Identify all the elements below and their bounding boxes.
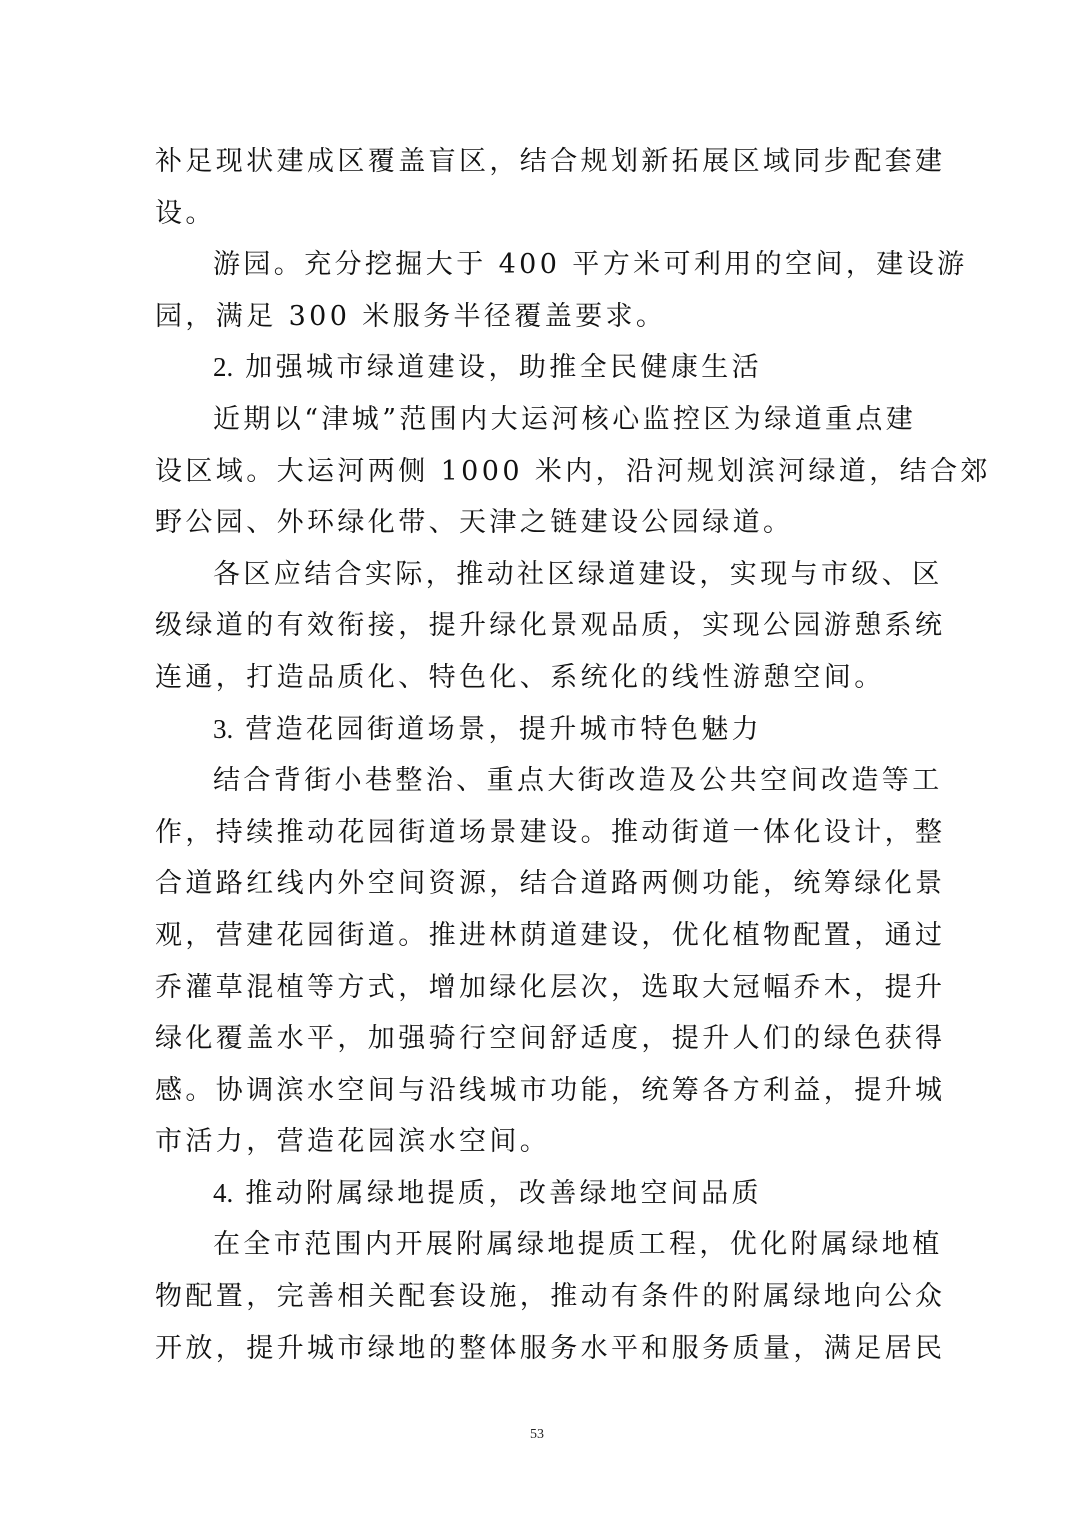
page-number: 53	[0, 1427, 1074, 1443]
heading-text: 加强城市绿道建设，助推全民健康生活	[245, 352, 762, 383]
paragraph-line: 感。协调滨水空间与沿线城市功能，统筹各方利益，提升城	[155, 1065, 935, 1117]
paragraph-line: 市活力，营造花园滨水空间。	[155, 1116, 935, 1168]
heading-number: 2.	[213, 352, 233, 382]
heading-text: 推动附属绿地提质，改善绿地空间品质	[245, 1178, 762, 1209]
heading-number: 4.	[213, 1178, 233, 1208]
document-page: 补足现状建成区覆盖盲区，结合规划新拓展区域同步配套建 设。 游园。充分挖掘大于 …	[155, 136, 935, 1374]
paragraph-line: 物配置，完善相关配套设施，推动有条件的附属绿地向公众	[155, 1271, 935, 1323]
paragraph-line: 开放，提升城市绿地的整体服务水平和服务质量，满足居民	[155, 1323, 935, 1375]
paragraph-line: 游园。充分挖掘大于 400 平方米可利用的空间，建设游	[155, 239, 935, 291]
section-heading-2: 2.加强城市绿道建设，助推全民健康生活	[155, 342, 935, 394]
heading-text: 营造花园街道场景，提升城市特色魅力	[245, 714, 762, 745]
paragraph-line: 作，持续推动花园街道场景建设。推动街道一体化设计，整	[155, 807, 935, 859]
paragraph-line: 连通，打造品质化、特色化、系统化的线性游憩空间。	[155, 652, 935, 704]
paragraph-line: 设。	[155, 188, 935, 240]
heading-number: 3.	[213, 714, 233, 744]
paragraph-line: 乔灌草混植等方式，增加绿化层次，选取大冠幅乔木，提升	[155, 962, 935, 1014]
paragraph-line: 观，营建花园街道。推进林荫道建设，优化植物配置，通过	[155, 910, 935, 962]
section-heading-3: 3.营造花园街道场景，提升城市特色魅力	[155, 704, 935, 756]
paragraph-line: 设区域。大运河两侧 1000 米内，沿河规划滨河绿道，结合郊	[155, 446, 935, 498]
paragraph-line: 合道路红线内外空间资源，结合道路两侧功能，统筹绿化景	[155, 858, 935, 910]
paragraph-line: 近期以“津城”范围内大运河核心监控区为绿道重点建	[155, 394, 935, 446]
paragraph-line: 园，满足 300 米服务半径覆盖要求。	[155, 291, 935, 343]
paragraph-line: 在全市范围内开展附属绿地提质工程，优化附属绿地植	[155, 1219, 935, 1271]
paragraph-line: 级绿道的有效衔接，提升绿化景观品质，实现公园游憩系统	[155, 600, 935, 652]
paragraph-line: 野公园、外环绿化带、天津之链建设公园绿道。	[155, 497, 935, 549]
paragraph-line: 结合背街小巷整治、重点大街改造及公共空间改造等工	[155, 755, 935, 807]
paragraph-line: 绿化覆盖水平，加强骑行空间舒适度，提升人们的绿色获得	[155, 1013, 935, 1065]
paragraph-line: 补足现状建成区覆盖盲区，结合规划新拓展区域同步配套建	[155, 136, 935, 188]
section-heading-4: 4.推动附属绿地提质，改善绿地空间品质	[155, 1168, 935, 1220]
paragraph-line: 各区应结合实际，推动社区绿道建设，实现与市级、区	[155, 549, 935, 601]
